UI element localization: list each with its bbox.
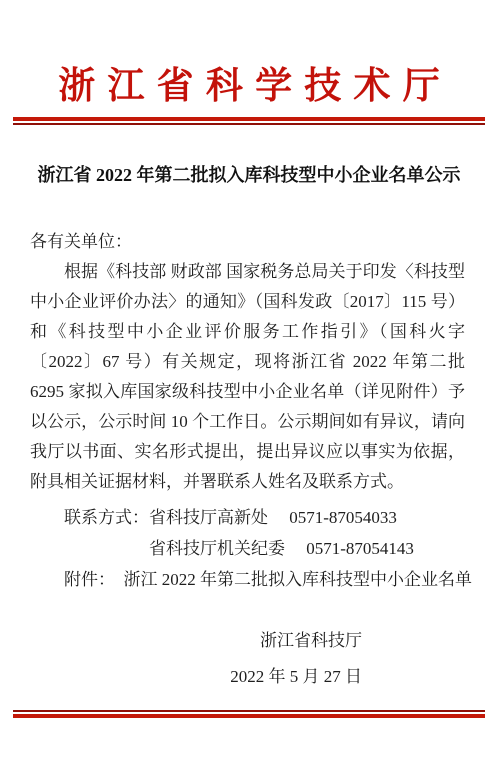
footer-rule-thin (13, 710, 485, 712)
contact-entries: 省科技厅高新处 0571-87054033 省科技厅机关纪委 0571-8705… (149, 502, 414, 564)
document-page: 浙江省科学技术厅 浙江省 2022 年第二批拟入库科技型中小企业名单公示 各有关… (0, 0, 498, 768)
letterhead-rule-thick (13, 117, 485, 121)
contact-entry: 省科技厅机关纪委 0571-87054143 (149, 533, 414, 564)
document-main: 浙江省 2022 年第二批拟入库科技型中小企业名单公示 各有关单位： 根据《科技… (0, 161, 498, 695)
letterhead-rule-thin (13, 123, 485, 125)
salutation: 各有关单位： (30, 227, 465, 257)
contact-dept: 省科技厅高新处 (149, 508, 268, 527)
attachment-label: 附件： (64, 570, 115, 589)
contact-dept: 省科技厅机关纪委 (149, 539, 285, 558)
contact-label: 联系方式： (64, 502, 149, 533)
contact-section: 联系方式： 省科技厅高新处 0571-87054033 省科技厅机关纪委 057… (30, 502, 465, 595)
contact-entry: 省科技厅高新处 0571-87054033 (149, 502, 414, 533)
contact-row: 联系方式： 省科技厅高新处 0571-87054033 省科技厅机关纪委 057… (64, 502, 465, 564)
document-title: 浙江省 2022 年第二批拟入库科技型中小企业名单公示 (30, 161, 468, 189)
signature-org: 浙江省科技厅 (30, 623, 362, 659)
document-body: 各有关单位： 根据《科技部 财政部 国家税务总局关于印发〈科技型中小企业评价办法… (30, 227, 465, 695)
letterhead-org-name: 浙江省科学技术厅 (0, 62, 498, 112)
letterhead: 浙江省科学技术厅 (0, 0, 498, 125)
body-paragraph: 根据《科技部 财政部 国家税务总局关于印发〈科技型中小企业评价办法〉的通知》（国… (30, 257, 465, 497)
attachment-text: 浙江 2022 年第二批拟入库科技型中小企业名单 (124, 570, 473, 589)
signature-date: 2022 年 5 月 27 日 (30, 659, 362, 695)
signature-block: 浙江省科技厅 2022 年 5 月 27 日 (30, 623, 465, 695)
contact-phone: 0571-87054033 (289, 508, 397, 527)
attachment-line: 附件：浙江 2022 年第二批拟入库科技型中小企业名单 (64, 564, 465, 595)
footer-rule-thick (13, 714, 485, 718)
footer-double-rule (13, 710, 485, 718)
contact-phone: 0571-87054143 (306, 539, 414, 558)
letterhead-double-rule (13, 117, 485, 125)
